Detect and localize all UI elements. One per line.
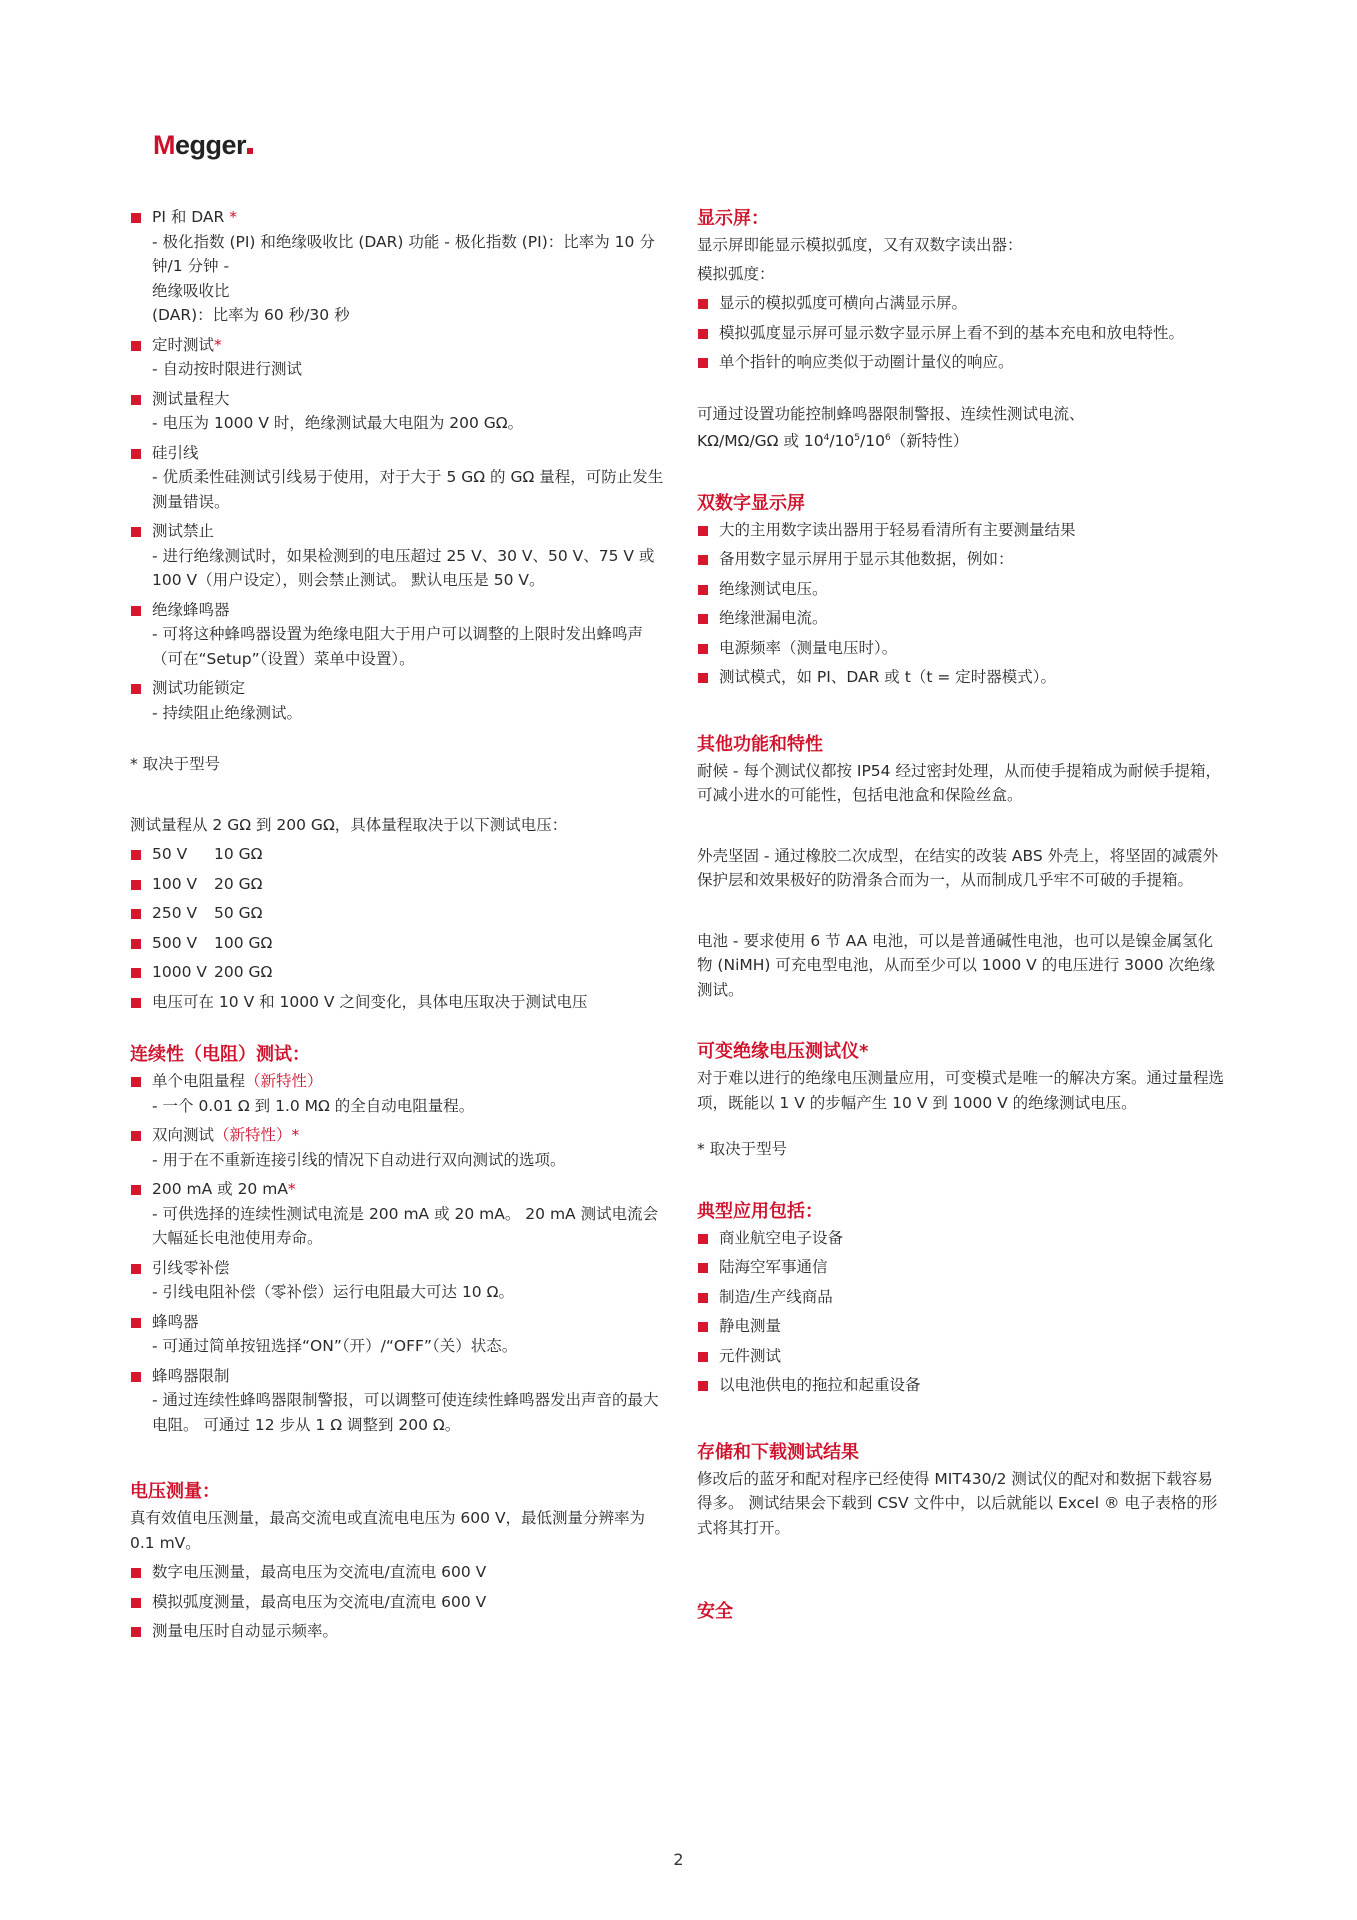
setup-note-line1: 可通过设置功能控制蜂鸣器限制警报、连续性测试电流、 xyxy=(697,405,1085,423)
range-resistance: 10 GΩ xyxy=(214,845,263,863)
section-title-storage: 存储和下载测试结果 xyxy=(697,1439,1227,1467)
range-voltage: 1000 V xyxy=(152,960,214,985)
feature-desc: - 自动按时限进行测试 xyxy=(152,357,670,382)
continuity-item: 双向测试（新特性）* - 用于在不重新连接引线的情况下自动进行双向测试的选项。 xyxy=(130,1123,670,1172)
display-intro: 显示屏即能显示模拟弧度，又有双数字读出器： xyxy=(697,233,1227,258)
model-dependent-asterisk: * xyxy=(288,1180,296,1198)
range-row: 250 V50 GΩ xyxy=(130,901,670,926)
app-item: 陆海空军事通信 xyxy=(697,1255,1227,1280)
footnote: * 取决于型号 xyxy=(697,1137,1227,1162)
range-voltage: 100 V xyxy=(152,872,214,897)
feature-desc: - 引线电阻补偿（零补偿）运行电阻最大可达 10 Ω。 xyxy=(152,1280,670,1305)
new-feature-tag: （新特性） xyxy=(214,1126,292,1144)
feature-desc: 绝缘吸收比 xyxy=(152,279,670,304)
model-dependent-asterisk: * xyxy=(292,1126,300,1144)
app-item: 元件测试 xyxy=(697,1344,1227,1369)
continuity-item: 200 mA 或 20 mA* - 可供选择的连续性测试电流是 200 mA 或… xyxy=(130,1177,670,1251)
section-title-other: 其他功能和特性 xyxy=(697,731,1227,759)
feature-title: PI 和 DAR xyxy=(152,208,224,226)
continuity-item: 引线零补偿 - 引线电阻补偿（零补偿）运行电阻最大可达 10 Ω。 xyxy=(130,1256,670,1305)
model-dependent-asterisk: * xyxy=(214,336,222,354)
megger-logo: Megger xyxy=(153,130,253,161)
left-column: PI 和 DAR * - 极化指数 (PI) 和绝缘吸收比 (DAR) 功能 -… xyxy=(130,205,670,1649)
display-item: 模拟弧度显示屏可显示数字显示屏上看不到的基本充电和放电特性。 xyxy=(697,321,1227,346)
dual-item: 电源频率（测量电压时）。 xyxy=(697,636,1227,661)
section-title-dual-display: 双数字显示屏 xyxy=(697,490,1227,518)
setup-note-line2: KΩ/MΩ/GΩ 或 10 xyxy=(697,432,824,450)
dual-item: 绝缘测试电压。 xyxy=(697,577,1227,602)
feature-title: 定时测试 xyxy=(152,336,214,354)
feature-desc: - 进行绝缘测试时，如果检测到的电压超过 25 V、30 V、50 V、75 V… xyxy=(152,544,670,593)
display-item: 显示的模拟弧度可横向占满显示屏。 xyxy=(697,291,1227,316)
logo-text-rest: egger xyxy=(175,130,246,160)
feature-timed-test: 定时测试* - 自动按时限进行测试 xyxy=(130,333,670,382)
range-row: 100 V20 GΩ xyxy=(130,872,670,897)
feature-desc: - 可供选择的连续性测试电流是 200 mA 或 20 mA。 20 mA 测试… xyxy=(152,1202,670,1251)
continuity-item: 单个电阻量程（新特性） - 一个 0.01 Ω 到 1.0 MΩ 的全自动电阻量… xyxy=(130,1069,670,1118)
feature-large-range: 测试量程大 - 电压为 1000 V 时，绝缘测试最大电阻为 200 GΩ。 xyxy=(130,387,670,436)
app-item: 制造/生产线商品 xyxy=(697,1285,1227,1310)
range-resistance: 100 GΩ xyxy=(214,934,272,952)
continuity-item: 蜂鸣器限制 - 通过连续性蜂鸣器限制警报，可以调整可使连续性蜂鸣器发出声音的最大… xyxy=(130,1364,670,1438)
feature-title: 蜂鸣器限制 xyxy=(152,1364,670,1389)
section-title-display: 显示屏： xyxy=(697,205,1227,233)
feature-desc: (DAR)：比率为 60 秒/30 秒 xyxy=(152,303,670,328)
app-item: 以电池供电的拖拉和起重设备 xyxy=(697,1373,1227,1398)
feature-pi-dar: PI 和 DAR * - 极化指数 (PI) 和绝缘吸收比 (DAR) 功能 -… xyxy=(130,205,670,328)
feature-desc: - 极化指数 (PI) 和绝缘吸收比 (DAR) 功能 - 极化指数 (PI)：… xyxy=(152,230,670,279)
feature-title: 双向测试 xyxy=(152,1126,214,1144)
range-resistance: 200 GΩ xyxy=(214,963,272,981)
feature-desc: - 电压为 1000 V 时，绝缘测试最大电阻为 200 GΩ。 xyxy=(152,411,670,436)
logo-dot xyxy=(247,148,253,154)
voltage-item: 数字电压测量，最高电压为交流电/直流电 600 V xyxy=(130,1560,670,1585)
section-title-voltage: 电压测量： xyxy=(130,1478,670,1506)
new-feature-tag: （新特性） xyxy=(891,432,969,450)
range-row: 500 V100 GΩ xyxy=(130,931,670,956)
range-row: 50 V10 GΩ xyxy=(130,842,670,867)
feature-desc: - 持续阻止绝缘测试。 xyxy=(152,701,670,726)
exponent: 5 xyxy=(854,433,860,443)
feature-title: 测试量程大 xyxy=(152,387,670,412)
feature-desc: - 一个 0.01 Ω 到 1.0 MΩ 的全自动电阻量程。 xyxy=(152,1094,670,1119)
feature-title: 引线零补偿 xyxy=(152,1256,670,1281)
range-intro: 测试量程从 2 GΩ 到 200 GΩ，具体量程取决于以下测试电压： xyxy=(130,813,670,838)
new-feature-tag: （新特性） xyxy=(245,1072,323,1090)
feature-test-lock: 测试功能锁定 - 持续阻止绝缘测试。 xyxy=(130,676,670,725)
other-para-weatherproof: 耐候 - 每个测试仪都按 IP54 经过密封处理，从而使手提箱成为耐候手提箱，可… xyxy=(697,759,1227,808)
other-para-rugged: 外壳坚固 - 通过橡胶二次成型，在结实的改装 ABS 外壳上，将坚固的减震外保护… xyxy=(697,844,1227,893)
dual-item: 测试模式，如 PI、DAR 或 t（t = 定时器模式）。 xyxy=(697,665,1227,690)
feature-insulation-buzzer: 绝缘蜂鸣器 - 可将这种蜂鸣器设置为绝缘电阻大于用户可以调整的上限时发出蜂鸣声（… xyxy=(130,598,670,672)
dual-item: 绝缘泄漏电流。 xyxy=(697,606,1227,631)
range-voltage: 500 V xyxy=(152,931,214,956)
right-column: 显示屏： 显示屏即能显示模拟弧度，又有双数字读出器： 模拟弧度： 显示的模拟弧度… xyxy=(697,205,1227,1626)
feature-desc: - 通过连续性蜂鸣器限制警报，可以调整可使连续性蜂鸣器发出声音的最大电阻。 可通… xyxy=(152,1388,670,1437)
dual-item: 大的主用数字读出器用于轻易看清所有主要测量结果 xyxy=(697,518,1227,543)
section-title-variable: 可变绝缘电压测试仪* xyxy=(697,1038,1227,1066)
exponent: 4 xyxy=(824,433,830,443)
range-voltage: 250 V xyxy=(152,901,214,926)
display-item: 单个指针的响应类似于动圈计量仪的响应。 xyxy=(697,350,1227,375)
section-title-applications: 典型应用包括： xyxy=(697,1198,1227,1226)
footnote: * 取决于型号 xyxy=(130,752,670,777)
model-dependent-asterisk: * xyxy=(229,208,237,226)
feature-desc: - 用于在不重新连接引线的情况下自动进行双向测试的选项。 xyxy=(152,1148,670,1173)
voltage-item: 模拟弧度测量，最高电压为交流电/直流电 600 V xyxy=(130,1590,670,1615)
feature-desc: - 可通过简单按钮选择“ON”（开）/“OFF”（关）状态。 xyxy=(152,1334,670,1359)
other-para-battery: 电池 - 要求使用 6 节 AA 电池，可以是普通碱性电池，也可以是镍金属氢化物… xyxy=(697,929,1227,1003)
storage-text: 修改后的蓝牙和配对程序已经使得 MIT430/2 测试仪的配对和数据下载容易得多… xyxy=(697,1467,1227,1541)
voltage-item: 测量电压时自动显示频率。 xyxy=(130,1619,670,1644)
range-resistance: 50 GΩ xyxy=(214,904,263,922)
app-item: 商业航空电子设备 xyxy=(697,1226,1227,1251)
feature-title: 硅引线 xyxy=(152,441,670,466)
app-item: 静电测量 xyxy=(697,1314,1227,1339)
section-title-continuity: 连续性（电阻）测试： xyxy=(130,1041,670,1069)
voltage-intro: 真有效值电压测量，最高交流电或直流电电压为 600 V，最低测量分辨率为 0.1… xyxy=(130,1506,670,1555)
feature-title: 200 mA 或 20 mA xyxy=(152,1180,288,1198)
feature-title: 测试功能锁定 xyxy=(152,676,670,701)
range-resistance: 20 GΩ xyxy=(214,875,263,893)
display-sub: 模拟弧度： xyxy=(697,262,1227,287)
setup-note: 可通过设置功能控制蜂鸣器限制警报、连续性测试电流、 KΩ/MΩ/GΩ 或 104… xyxy=(697,402,1227,454)
range-note: 电压可在 10 V 和 1000 V 之间变化，具体电压取决于测试电压 xyxy=(130,990,670,1015)
feature-test-inhibit: 测试禁止 - 进行绝缘测试时，如果检测到的电压超过 25 V、30 V、50 V… xyxy=(130,519,670,593)
feature-desc: - 优质柔性硅测试引线易于使用，对于大于 5 GΩ 的 GΩ 量程，可防止发生测… xyxy=(152,465,670,514)
feature-title: 蜂鸣器 xyxy=(152,1310,670,1335)
feature-title: 单个电阻量程 xyxy=(152,1072,245,1090)
continuity-item: 蜂鸣器 - 可通过简单按钮选择“ON”（开）/“OFF”（关）状态。 xyxy=(130,1310,670,1359)
section-title-safety: 安全 xyxy=(697,1598,1227,1626)
page-number: 2 xyxy=(0,1850,1357,1869)
feature-title: 绝缘蜂鸣器 xyxy=(152,598,670,623)
feature-silicone-leads: 硅引线 - 优质柔性硅测试引线易于使用，对于大于 5 GΩ 的 GΩ 量程，可防… xyxy=(130,441,670,515)
feature-desc: - 可将这种蜂鸣器设置为绝缘电阻大于用户可以调整的上限时发出蜂鸣声（可在“Set… xyxy=(152,622,670,671)
dual-item: 备用数字显示屏用于显示其他数据，例如： xyxy=(697,547,1227,572)
variable-text: 对于难以进行的绝缘电压测量应用，可变模式是唯一的解决方案。通过量程选项，既能以 … xyxy=(697,1066,1227,1115)
range-row: 1000 V200 GΩ xyxy=(130,960,670,985)
range-voltage: 50 V xyxy=(152,842,214,867)
feature-title: 测试禁止 xyxy=(152,519,670,544)
